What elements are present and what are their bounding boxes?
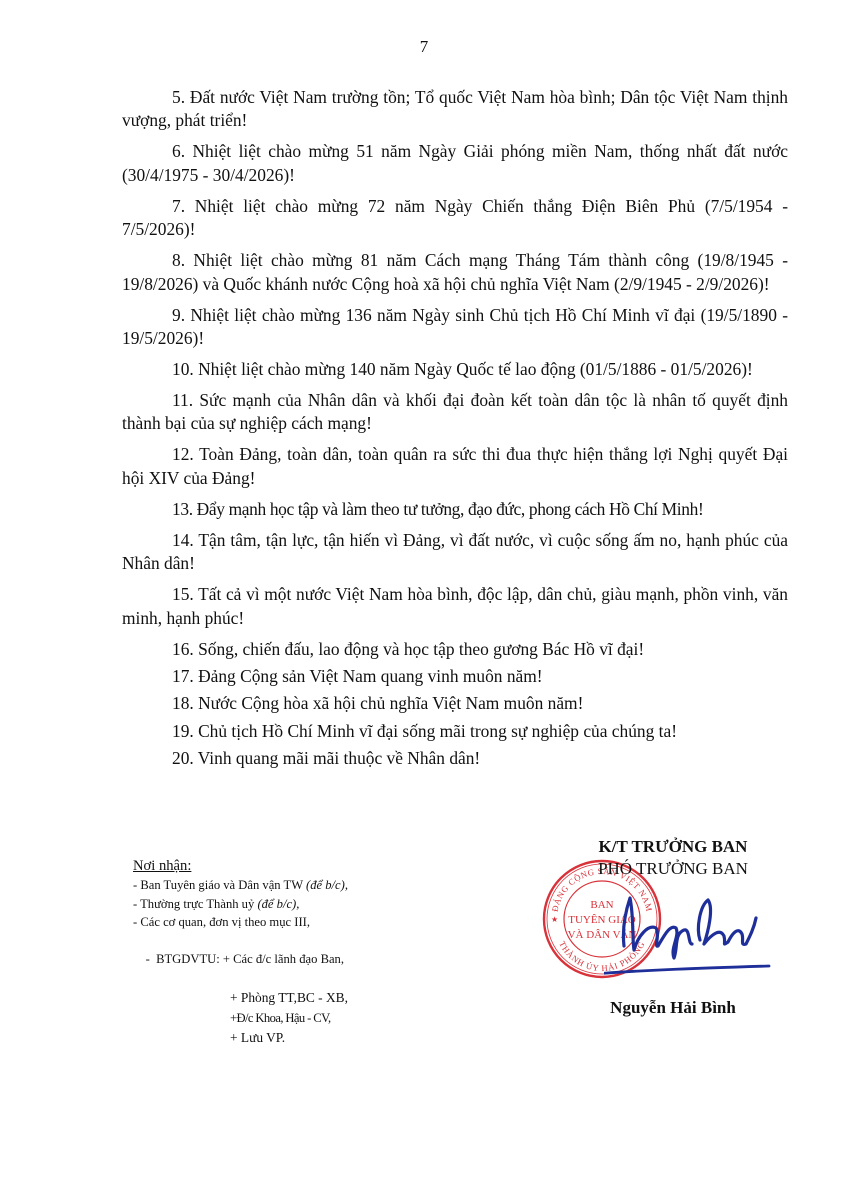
recipient-sub-item: + Lưu VP. [133,1028,453,1048]
slogan-item: 18. Nước Cộng hòa xã hội chủ nghĩa Việt … [122,692,788,715]
recipient-sub-item: +Đ/c Khoa, Hậu - CV, [133,1008,453,1028]
recipient-item: - Thường trực Thành uỷ (để b/c), [133,895,453,914]
slogan-item: 6. Nhiệt liệt chào mừng 51 năm Ngày Giải… [122,140,788,187]
page-number: 7 [0,37,848,57]
slogan-item: 19. Chủ tịch Hồ Chí Minh vĩ đại sống mãi… [122,720,788,743]
svg-text:★: ★ [551,915,558,924]
slogan-list: 5. Đất nước Việt Nam trường tồn; Tổ quốc… [122,86,788,778]
slogan-item: 12. Toàn Đảng, toàn dân, toàn quân ra sứ… [122,443,788,490]
recipient-item: - Ban Tuyên giáo và Dân vận TW (để b/c), [133,876,453,895]
slogan-item: 5. Đất nước Việt Nam trường tồn; Tổ quốc… [122,86,788,133]
signer-position: K/T TRƯỞNG BAN [560,836,786,858]
slogan-item: 15. Tất cả vì một nước Việt Nam hòa bình… [122,583,788,630]
slogan-item: 11. Sức mạnh của Nhân dân và khối đại đo… [122,389,788,436]
slogan-item: 20. Vinh quang mãi mãi thuộc về Nhân dân… [122,747,788,770]
signer-name: Nguyễn Hải Bình [560,998,786,1018]
slogan-item: 9. Nhiệt liệt chào mừng 136 năm Ngày sin… [122,304,788,351]
slogan-item: 17. Đảng Cộng sản Việt Nam quang vinh mu… [122,665,788,688]
slogan-item: 13. Đẩy mạnh học tập và làm theo tư tưởn… [122,498,788,521]
recipient-sub-item: + Phòng TT,BC - XB, [133,988,453,1008]
slogan-item: 14. Tận tâm, tận lực, tận hiến vì Đảng, … [122,529,788,576]
slogan-item: 16. Sống, chiến đấu, lao động và học tập… [122,638,788,661]
slogan-item: 7. Nhiệt liệt chào mừng 72 năm Ngày Chiế… [122,195,788,242]
recipient-item: - BTGDVTU: + Các đ/c lãnh đạo Ban, [133,932,453,988]
slogan-item: 8. Nhiệt liệt chào mừng 81 năm Cách mạng… [122,249,788,296]
recipients-title: Nơi nhận: [133,856,453,876]
recipient-item: - Các cơ quan, đơn vị theo mục III, [133,913,453,932]
handwritten-signature [604,888,774,978]
slogan-item: 10. Nhiệt liệt chào mừng 140 năm Ngày Qu… [122,358,788,381]
signature-block: K/T TRƯỞNG BAN PHÓ TRƯỞNG BAN Nguyễn Hải… [560,836,786,880]
signer-title: PHÓ TRƯỞNG BAN [560,858,786,880]
recipients-block: Nơi nhận: - Ban Tuyên giáo và Dân vận TW… [133,856,453,1048]
